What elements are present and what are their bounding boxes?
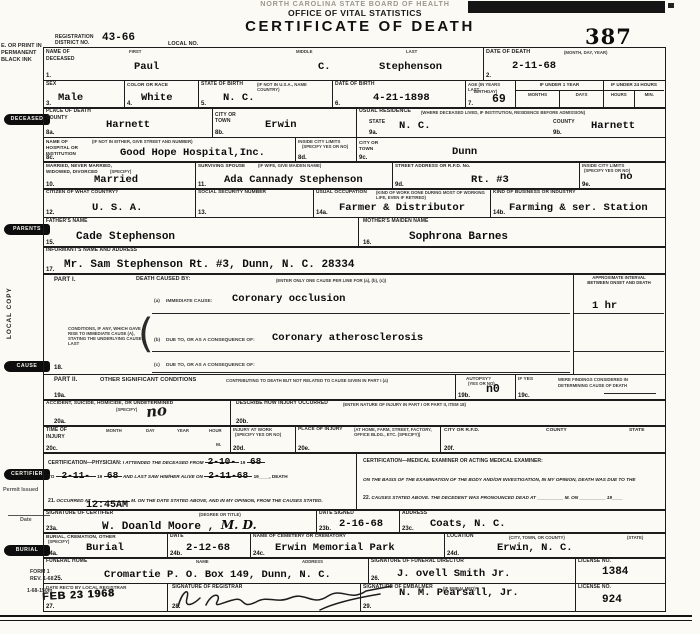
field-cemetery-location: LOCATION (CITY, TOWN, OR COUNTY) (STATE)… — [445, 533, 664, 558]
field-signature-of-certifier: SIGNATURE OF CERTIFIER (DEGREE OR TITLE)… — [44, 510, 317, 533]
certificate-number: 387 — [585, 24, 632, 49]
field-value: N. C. — [399, 120, 431, 132]
handwritten-no: no — [145, 401, 168, 421]
field-embalmer-signature: SIGNATURE OF EMBALMER (IF EMBALMED) 29. … — [361, 584, 576, 611]
field-embalmer-license: LICENSE NO. 924 — [576, 584, 664, 611]
field-hospital: NAME OF HOSPITAL OR INSTITUTION (IF NOT … — [44, 138, 296, 162]
field-autopsy: AUTOPSY? (YES OR NO) 19b. n0 — [456, 375, 516, 400]
row-cause-part1: PART I. DEATH CAUSED BY: (ENTER ONLY ONE… — [43, 273, 666, 375]
field-citizen-of: CITIZEN OF WHAT COUNTRY? 12. U. S. A. — [44, 189, 196, 217]
field-age: AGE (IN YEARS LAST BIRTHDAY) 7. 69 — [466, 81, 516, 108]
row-funeral-home: FUNERAL HOME NAME ADDRESS 25. Cromartie … — [43, 557, 666, 584]
field-accident-suicide-homicide: ACCIDENT, SUICIDE, HOMICIDE, OR UNDETERM… — [44, 400, 231, 426]
field-value: no — [620, 171, 633, 183]
field-name-of-deceased: NAME OF DECEASED 1. FIRST MIDDLE LAST Pa… — [44, 48, 484, 80]
field-value: 2-11-68 — [512, 60, 556, 72]
field-value: Mr. Sam Stephenson Rt. #3, Dunn, N. C. 2… — [64, 259, 354, 271]
attended-from-year: 68 — [250, 456, 261, 467]
redaction-mark — [668, 3, 674, 8]
field-death-city: CITY OR TOWN 8b. Erwin — [213, 108, 357, 137]
field-value: Married — [94, 174, 138, 186]
attended-to-year: 68 — [107, 470, 118, 481]
field-value: Cade Stephenson — [76, 231, 175, 243]
field-certification-medical-examiner: CERTIFICATION—MEDICAL EXAMINER OR ACTING… — [357, 453, 664, 510]
field-place-of-injury: PLACE OF INJURY (AT HOME, FARM, STREET, … — [296, 426, 441, 453]
field-usual-residence: USUAL RESIDENCE (WHERE DECEASED LIVED, I… — [357, 108, 664, 137]
field-value: 924 — [602, 594, 622, 606]
field-burial-type: BURIAL, CREMATION, OTHER (SPECIFY) 24a. … — [44, 533, 168, 558]
field-injury-location: CITY OR R.F.D. COUNTY STATE 20f. — [441, 426, 664, 453]
row-sex-race-birth-age: SEX 3. Male COLOR OR RACE 4. White STATE… — [43, 80, 666, 109]
field-state-of-birth: STATE OF BIRTH (IF NOT IN U.S.A., NAME C… — [199, 81, 333, 108]
row-accident: ACCIDENT, SUICIDE, HOMICIDE, OR UNDETERM… — [43, 399, 666, 427]
field-date-of-birth: DATE OF BIRTH 6. 4-21-1898 — [333, 81, 466, 108]
field-mother-name: MOTHER'S MAIDEN NAME 16. Sophrona Barnes — [359, 218, 664, 247]
local-copy-label: LOCAL COPY — [6, 277, 13, 339]
field-street-address: STREET ADDRESS OR R.F.D. No. 9d. Rt. #3 — [393, 162, 580, 189]
field-other-significant-conditions: PART II. OTHER SIGNIFICANT CONDITIONS CO… — [44, 375, 456, 400]
field-findings-considered: IF YES WERE FINDINGS CONSIDERED IN DETER… — [516, 375, 664, 400]
field-value: Coats, N. C. — [430, 518, 506, 530]
field-value: Male — [58, 92, 83, 104]
field-value: Stephenson — [379, 61, 442, 73]
field-value: 2-16-68 — [339, 518, 383, 530]
field-value: 1384 — [602, 566, 628, 578]
field-social-security-number: SOCIAL SECURITY NUMBER 13. — [196, 189, 314, 217]
ink-note-line2: PERMANENT — [1, 50, 36, 56]
field-value: Farmer & Distributor — [339, 202, 465, 214]
row-registrar: DATE REC'D BY LOCAL REGISTRAR 27. FEB 23… — [43, 583, 666, 612]
immediate-cause-value: Coronary occlusion — [232, 293, 345, 305]
row-injury-details: TIME OF INJURY MONTH DAY YEAR HOUR 20c. … — [43, 425, 666, 454]
field-date-signed: DATE SIGNED 23b. 2-16-68 — [317, 510, 400, 533]
field-cemetery: NAME OF CEMETERY OR CREMATORY 24c. Erwin… — [251, 533, 445, 558]
field-value: Dunn — [452, 146, 477, 158]
autopsy-value: n0 — [486, 383, 500, 396]
field-death-county: PLACE OF DEATH COUNTY 8a. Harnett — [44, 108, 213, 137]
field-funeral-director-signature: SIGNATURE OF FUNERAL DIRECTOR 26. J. ove… — [369, 558, 576, 583]
field-color-or-race: COLOR OR RACE 4. White — [125, 81, 199, 108]
field-informant: INFORMANT'S NAME AND ADDRESS 17. Mr. Sam… — [44, 247, 664, 274]
date-note: Date — [20, 517, 32, 523]
office-line: OFFICE OF VITAL STATISTICS — [250, 8, 460, 18]
field-father-name: FATHER'S NAME 15. Cade Stephenson — [44, 218, 359, 247]
page-title: CERTIFICATE OF DEATH — [210, 18, 510, 35]
field-surviving-spouse: SURVIVING SPOUSE (IF WIFE, GIVE MAIDEN N… — [196, 162, 393, 189]
registration-district-value: 43-66 — [102, 32, 135, 44]
row-cause-part2: PART II. OTHER SIGNIFICANT CONDITIONS CO… — [43, 374, 666, 401]
row-place-of-death: PLACE OF DEATH COUNTY 8a. Harnett CITY O… — [43, 107, 666, 138]
field-residence-city: CITY OR TOWN 9c. Dunn — [357, 138, 664, 162]
field-value: 4-21-1898 — [373, 92, 430, 104]
row-name: NAME OF DECEASED 1. FIRST MIDDLE LAST Pa… — [43, 47, 666, 81]
ink-note-line1: E. OR PRINT IN — [1, 43, 42, 49]
row-informant: INFORMANT'S NAME AND ADDRESS 17. Mr. Sam… — [43, 246, 666, 275]
days-column: DAYS — [560, 91, 603, 108]
examiner-cert-title: CERTIFICATION—MEDICAL EXAMINER OR ACTING… — [363, 458, 543, 464]
field-value: Erwin, N. C. — [497, 542, 573, 554]
field-sex: SEX 3. Male — [44, 81, 125, 108]
field-burial-date: DATE 24b. 2-12-68 — [168, 533, 251, 558]
field-value: Farming & ser. Station — [509, 202, 648, 214]
field-value: Rt. #3 — [471, 174, 509, 186]
field-registrar-signature: SIGNATURE OF REGISTRAR 28. — [168, 584, 361, 611]
field-time-of-injury: TIME OF INJURY MONTH DAY YEAR HOUR 20c. … — [44, 426, 231, 453]
redaction-bar — [468, 1, 665, 13]
certifier-signature: W. Doanld Moore , M. D. — [102, 518, 257, 533]
state-board-line: NORTH CAROLINA STATE BOARD OF HEALTH — [240, 0, 470, 8]
field-death-caused-by: PART I. DEATH CAUSED BY: (ENTER ONLY ONE… — [44, 274, 574, 374]
field-value: Paul — [134, 61, 159, 73]
row-burial: BURIAL, CREMATION, OTHER (SPECIFY) 24a. … — [43, 532, 666, 559]
field-date-received: DATE REC'D BY LOCAL REGISTRAR 27. FEB 23… — [44, 584, 168, 611]
field-business-industry: KIND OF BUSINESS OR INDUSTRY 14b. Farmin… — [491, 189, 664, 217]
bottom-rule-light — [0, 620, 692, 621]
field-death-inside-city-limits: INSIDE CITY LIMITS (SPECIFY YES OR NO) 8… — [296, 138, 357, 162]
underlying-cause-value: Coronary atherosclerosis — [272, 332, 423, 344]
field-value: Cromartie P. O. Box 149, Dunn, N. C. — [104, 569, 331, 581]
field-funeral-home: FUNERAL HOME NAME ADDRESS 25. Cromartie … — [44, 558, 369, 583]
ink-note-line3: BLACK INK — [1, 57, 32, 63]
field-interval-onset-death: APPROXIMATE INTERVAL BETWEEN ONSET AND D… — [574, 274, 664, 374]
permit-issued-note: Permit Issued — [3, 487, 38, 493]
months-column: MONTHS — [516, 91, 560, 108]
field-certifier-address: ADDRESS 23c. Coats, N. C. — [400, 510, 664, 533]
attended-to-date: 2-11- — [61, 470, 90, 481]
district-no-label: DISTRICT NO. — [55, 41, 90, 47]
field-residence-inside-city-limits: INSIDE CITY LIMITS (SPECIFY YES OR NO) 9… — [580, 162, 664, 189]
field-value: Harnett — [106, 119, 150, 131]
field-value: U. S. A. — [92, 202, 142, 214]
row-parents: FATHER'S NAME 15. Cade Stephenson MOTHER… — [43, 217, 666, 248]
field-date-of-death: DATE OF DEATH (MONTH, DAY, YEAR) 2. 2-11… — [484, 48, 664, 80]
minutes-column: MIN. — [635, 91, 665, 108]
field-value: Sophrona Barnes — [409, 231, 508, 243]
field-value: Harnett — [591, 120, 635, 132]
attended-from-date: 2-10- — [208, 456, 237, 467]
row-certification: CERTIFICATION—PHYSICIAN: I ATTENDED THE … — [43, 452, 666, 511]
field-value: 69 — [492, 93, 506, 106]
interval-value: 1 hr — [592, 300, 617, 312]
field-injury-at-work: INJURY AT WORK (SPECIFY YES OR NO) 20d. — [231, 426, 296, 453]
field-value: N. C. — [223, 92, 255, 104]
hours-column: HOURS — [604, 91, 635, 108]
physician-cert-title: CERTIFICATION—PHYSICIAN: — [48, 460, 121, 466]
field-value: C. — [318, 61, 331, 73]
field-value: Erwin Memorial Park — [275, 542, 395, 554]
field-value: Ada Cannady Stephenson — [224, 174, 363, 186]
death-certificate: NORTH CAROLINA STATE BOARD OF HEALTH OFF… — [0, 0, 700, 634]
bottom-rule-heavy — [0, 615, 692, 617]
field-certification-physician: CERTIFICATION—PHYSICIAN: I ATTENDED THE … — [44, 453, 357, 510]
field-how-injury-occurred: DESCRIBE HOW INJURY OCCURRED (ENTER NATU… — [231, 400, 664, 426]
field-director-license: LICENSE NO. 1384 — [576, 558, 664, 583]
field-value: 2-12-68 — [186, 542, 230, 554]
funeral-director-signature: J. ovell Smith Jr. — [397, 568, 510, 580]
last-alive-date: 2-11-68 — [208, 470, 248, 481]
field-if-under-1-year: IF UNDER 1 YEAR MONTHS DAYS — [516, 81, 604, 108]
field-value: Burial — [86, 542, 124, 554]
row-certifier-signature: SIGNATURE OF CERTIFIER (DEGREE OR TITLE)… — [43, 509, 666, 534]
embalmer-signature: N. M. Pearsall, Jr. — [399, 587, 519, 599]
row-marital-spouse: MARRIED, NEVER MARRIED, WIDOWED, DIVORCE… — [43, 161, 666, 190]
field-value: Good Hope Hospital,Inc. — [120, 147, 265, 159]
row-citizen-occupation: CITIZEN OF WHAT COUNTRY? 12. U. S. A. SO… — [43, 188, 666, 218]
field-value: White — [141, 92, 173, 104]
row-hospital: NAME OF HOSPITAL OR INSTITUTION (IF NOT … — [43, 137, 666, 163]
field-value: Erwin — [265, 119, 297, 131]
field-if-under-24-hours: IF UNDER 24 HOURS HOURS MIN. — [604, 81, 664, 108]
field-marital-status: MARRIED, NEVER MARRIED, WIDOWED, DIVORCE… — [44, 162, 196, 189]
field-usual-occupation: USUAL OCCUPATION (KIND OF WORK DONE DURI… — [314, 189, 491, 217]
